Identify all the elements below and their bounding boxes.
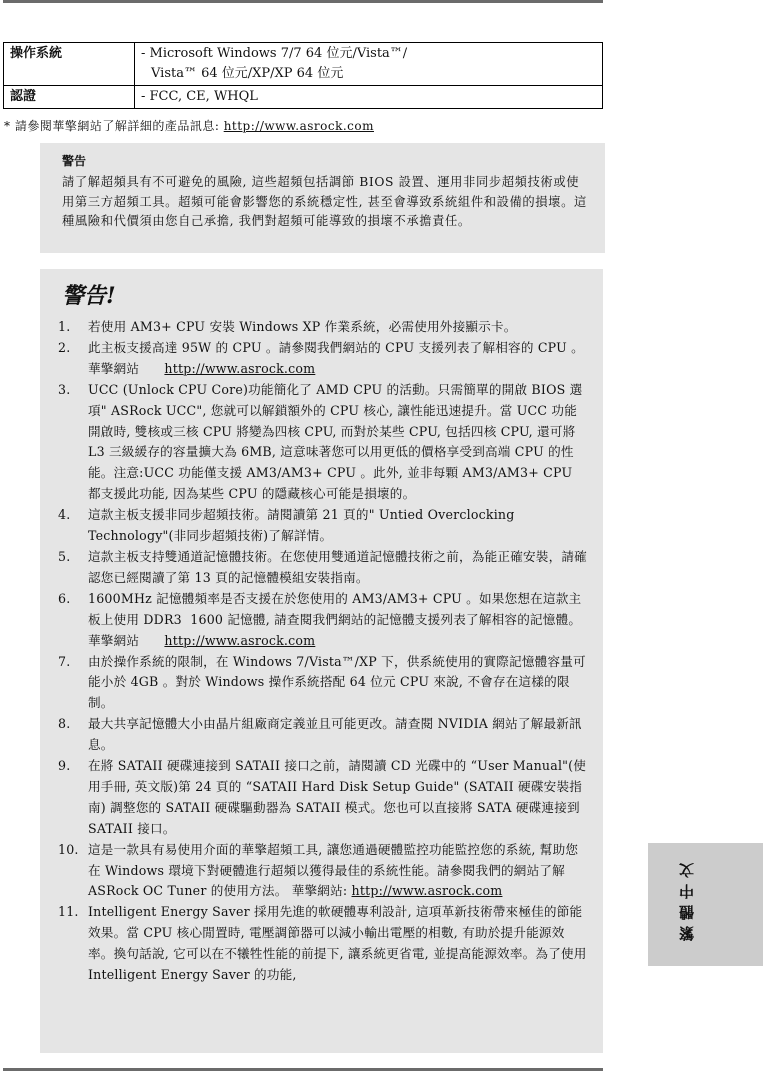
item-link[interactable]: http://www.asrock.com [352,883,503,898]
item-text: 這款主板支持雙通道記憶體技術。在您使用雙通道記憶體技術之前，為能正確安裝，請確認… [88,549,587,585]
item-number: 1. [58,317,70,338]
spec-value-line: Vista™ 64 位元/XP/XP 64 位元 [141,64,596,84]
item-text: 這款主板支援非同步超頻技術。請閱讀第 21 頁的" Untied Overclo… [88,507,515,543]
footnote-link[interactable]: http://www.asrock.com [224,119,374,133]
warning-item: 3.UCC (Unlock CPU Core)功能簡化了 AMD CPU 的活動… [40,380,603,505]
item-number: 7. [58,652,70,673]
item-number: 6. [58,589,70,610]
item-text: 這是一款具有易使用介面的華擎超頻工具, 讓您通過硬體監控功能監控您的系統, 幫助… [88,842,578,899]
language-side-tab: 繁體中文 [648,843,763,966]
item-text: UCC (Unlock CPU Core)功能簡化了 AMD CPU 的活動。只… [88,382,582,502]
warning-item: 6.1600MHz 記憶體頻率是否支援在於您使用的 AM3/AM3+ CPU 。… [40,589,603,652]
spec-value-cert: - FCC, CE, WHQL [135,86,603,109]
item-text: 最大共享記憶體大小由晶片組廠商定義並且可能更改。請查閱 NVIDIA 網站了解最… [88,716,582,752]
item-number: 10. [58,840,79,861]
warning-list: 1.若使用 AM3+ CPU 安裝 Windows XP 作業系統，必需使用外接… [40,317,603,986]
language-label: 繁體中文 [676,857,696,941]
item-number: 5. [58,547,70,568]
item-text: 若使用 AM3+ CPU 安裝 Windows XP 作業系統，必需使用外接顯示… [88,319,517,334]
item-link[interactable]: http://www.asrock.com [164,633,315,648]
caution-title: 警告 [62,152,86,169]
warning-item: 1.若使用 AM3+ CPU 安裝 Windows XP 作業系統，必需使用外接… [40,317,603,338]
warning-item: 5.這款主板支持雙通道記憶體技術。在您使用雙通道記憶體技術之前，為能正確安裝，請… [40,547,603,589]
warning-item: 10.這是一款具有易使用介面的華擎超頻工具, 讓您通過硬體監控功能監控您的系統,… [40,840,603,903]
footnote: * 請參閱華擎網站了解詳細的產品訊息: http://www.asrock.co… [4,117,374,134]
spec-label-cert: 認證 [4,86,135,109]
spec-value-os: - Microsoft Windows 7/7 64 位元/Vista™/ Vi… [135,43,603,86]
spec-value-line: - Microsoft Windows 7/7 64 位元/Vista™/ [141,44,596,64]
item-text: 由於操作系統的限制，在 Windows 7/Vista™/XP 下，供系統使用的… [88,654,586,711]
item-text: Intelligent Energy Saver 採用先進的軟硬體專利設計, 這… [88,904,587,982]
item-number: 8. [58,714,70,735]
spec-value-line: - FCC, CE, WHQL [141,87,596,107]
item-text: 在將 SATAII 硬碟連接到 SATAII 接口之前，請閱讀 CD 光碟中的 … [88,758,586,836]
spec-row-os: 操作系統 - Microsoft Windows 7/7 64 位元/Vista… [4,43,603,86]
warning-item: 8.最大共享記憶體大小由晶片組廠商定義並且可能更改。請查閱 NVIDIA 網站了… [40,714,603,756]
warning-title: 警告! [62,279,116,310]
top-rule [3,0,603,3]
item-text: 此主板支援高達 95W 的 CPU 。請參閱我們網站的 CPU 支援列表了解相容… [88,340,584,376]
warning-item: 7.由於操作系統的限制，在 Windows 7/Vista™/XP 下，供系統使… [40,652,603,715]
item-link[interactable]: http://www.asrock.com [164,361,315,376]
footnote-text: * 請參閱華擎網站了解詳細的產品訊息: [4,119,224,133]
warning-item: 9.在將 SATAII 硬碟連接到 SATAII 接口之前，請閱讀 CD 光碟中… [40,756,603,840]
caution-body: 請了解超頻具有不可避免的風險, 這些超頻包括調節 BIOS 設置、運用非同步超頻… [62,173,592,232]
item-number: 3. [58,380,70,401]
item-text: 1600MHz 記憶體頻率是否支援在於您使用的 AM3/AM3+ CPU 。如果… [88,591,581,648]
warning-item: 11.Intelligent Energy Saver 採用先進的軟硬體專利設計… [40,902,603,986]
spec-label-os: 操作系統 [4,43,135,86]
caution-box: 警告 請了解超頻具有不可避免的風險, 這些超頻包括調節 BIOS 設置、運用非同… [40,143,605,253]
item-number: 4. [58,505,70,526]
item-number: 11. [58,902,79,923]
item-number: 9. [58,756,70,777]
spec-table: 操作系統 - Microsoft Windows 7/7 64 位元/Vista… [3,42,603,109]
warning-box: 警告! 1.若使用 AM3+ CPU 安裝 Windows XP 作業系統，必需… [40,269,603,1053]
item-number: 2. [58,338,70,359]
spec-row-cert: 認證 - FCC, CE, WHQL [4,86,603,109]
warning-item: 4.這款主板支援非同步超頻技術。請閱讀第 21 頁的" Untied Overc… [40,505,603,547]
warning-item: 2.此主板支援高達 95W 的 CPU 。請參閱我們網站的 CPU 支援列表了解… [40,338,603,380]
